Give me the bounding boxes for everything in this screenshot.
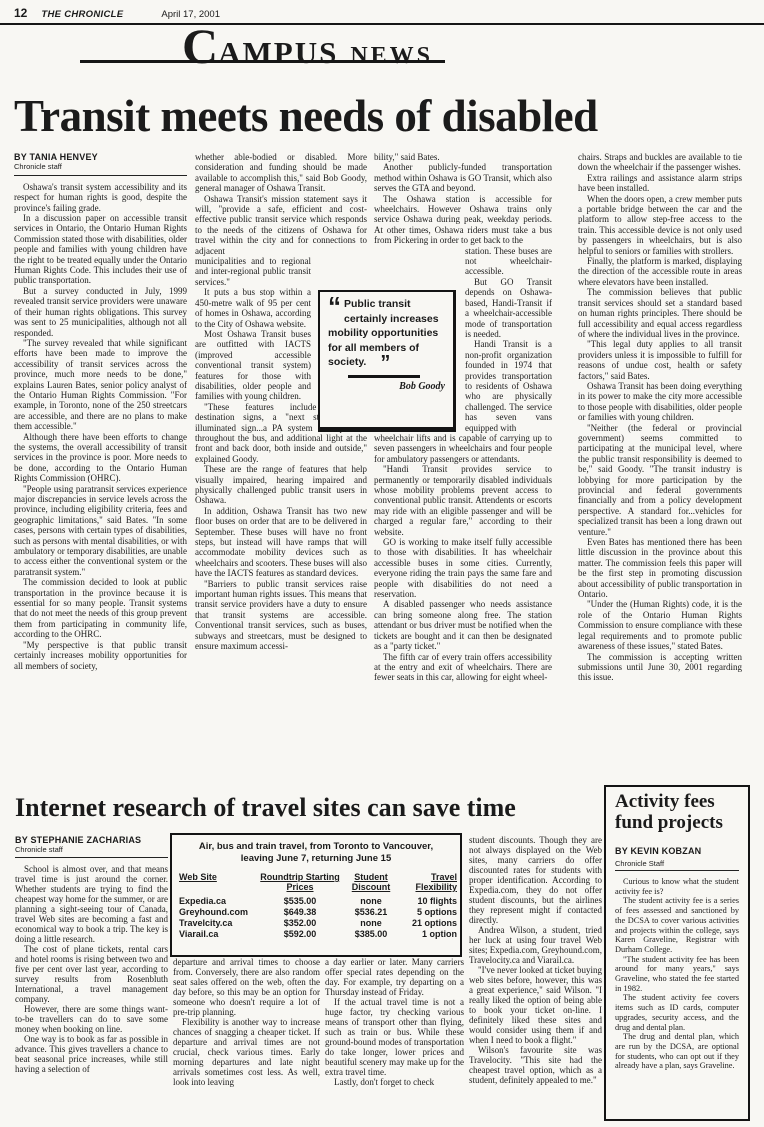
article-travel-column-4: student discounts. Though they are not a… <box>469 835 602 1087</box>
paragraph: If the actual travel time is not a huge … <box>325 997 464 1077</box>
section-banner: CAMPUSNEWS <box>182 26 433 71</box>
paragraph: GO is working to make itself fully acces… <box>374 537 552 599</box>
paragraph: The commission decided to look at public… <box>14 577 187 639</box>
close-quote-icon: ” <box>380 352 390 374</box>
byline-block: BY STEPHANIE ZACHARIAS Chronicle staff <box>15 835 168 858</box>
paragraph: Finally, the platform is marked, display… <box>578 256 742 287</box>
paragraph: "People using paratransit services exper… <box>14 484 187 578</box>
table-cell-flexibility: 10 flights <box>401 896 457 906</box>
column-text-narrow: municipalities and to regional and inter… <box>195 256 311 402</box>
paragraph: chairs. Straps and buckles are available… <box>578 152 742 173</box>
paragraph: student discounts. Though they are not a… <box>469 835 602 925</box>
table-cell-price: $352.00 <box>259 918 341 928</box>
paragraph: Oshawa Transit has been doing everything… <box>578 381 742 423</box>
travel-comparison-table: Air, bus and train travel, from Toronto … <box>170 833 462 957</box>
paragraph: Flexibility is another way to increase c… <box>173 1017 320 1087</box>
paragraph: The drug and dental plan, which are run … <box>615 1032 739 1071</box>
section-banner-word2: NEWS <box>350 43 433 69</box>
byline-organization: Chronicle Staff <box>615 859 739 871</box>
table-cell-flexibility: 1 option <box>401 929 457 939</box>
byline-organization: Chronicle staff <box>15 845 168 858</box>
table-title: Air, bus and train travel, from Toronto … <box>185 841 447 865</box>
column-text: whether able-bodied or disabled. More co… <box>195 152 367 256</box>
paragraph: wheelchair lifts and is capable of carry… <box>374 433 552 464</box>
dateline: 12 THE CHRONICLE April 17, 2001 <box>14 6 750 20</box>
paragraph: The student activity fee is a series of … <box>615 896 739 954</box>
paragraph: "I've never looked at ticket buying web … <box>469 965 602 1045</box>
paragraph: The Oshawa station is accessible for whe… <box>374 194 552 246</box>
article-transit-column-4: chairs. Straps and buckles are available… <box>578 152 742 683</box>
table-cell-site: Viarail.ca <box>179 929 259 939</box>
paragraph: The commission is accepting written subm… <box>578 652 742 683</box>
paragraph: departure and arrival times to choose fr… <box>173 957 320 1017</box>
paragraph: These are the range of features that hel… <box>195 464 367 506</box>
paragraph: Oshawa Transit's mission statement says … <box>195 194 367 256</box>
column-text: bility," said Bates.Another publicly-fun… <box>374 152 552 246</box>
column-text: School is almost over, and that means tr… <box>15 864 168 1074</box>
pull-quote-box: “Public transit certainly increases mobi… <box>318 290 456 432</box>
byline-author: BY STEPHANIE ZACHARIAS <box>15 835 141 845</box>
byline-author: BY TANIA HENVEY <box>14 152 98 162</box>
paragraph: bility," said Bates. <box>374 152 552 162</box>
page-number: 12 <box>14 6 27 20</box>
byline-block: BY TANIA HENVEY Chronicle staff <box>14 152 187 176</box>
column-text: "These features include oversized destin… <box>195 402 367 652</box>
table-header-website: Web Site <box>179 872 259 892</box>
paragraph: Handi Transit is a non-profit organizati… <box>465 339 552 433</box>
table-cell-site: Travelcity.ca <box>179 918 259 928</box>
paragraph: The commission believes that public tran… <box>578 287 742 339</box>
table-header-discount: Student Discount <box>341 872 401 892</box>
pull-quote-attribution: Bob Goody <box>328 381 445 392</box>
pull-quote-text: “Public transit certainly increases mobi… <box>328 297 445 370</box>
section-banner-word: AMPUS <box>218 35 338 70</box>
article-transit: Transit meets needs of disabled BY TANIA… <box>14 90 750 683</box>
table-cell-discount: none <box>341 918 401 928</box>
table-cell-discount: $385.00 <box>341 929 401 939</box>
sidebar-headline: Activity fees fund projects <box>615 791 739 833</box>
paragraph: However, there are some things want-to-b… <box>15 1004 168 1034</box>
paragraph: The student activity fee covers items su… <box>615 993 739 1032</box>
paragraph: "Barriers to public transit services rai… <box>195 579 367 652</box>
table-cell-discount: $536.21 <box>341 907 401 917</box>
paragraph: "Under the (Human Rights) code, it is th… <box>578 599 742 651</box>
paragraph: It puts a bus stop within a 450-metre wa… <box>195 287 311 329</box>
column-text: Oshawa's transit system accessibility an… <box>14 182 187 671</box>
paragraph: "Handi Transit provides service to perma… <box>374 464 552 537</box>
paragraph: Wilson's favourite site was Travelocity.… <box>469 1045 602 1085</box>
table-header-price: Roundtrip Starting Prices <box>259 872 341 892</box>
table-header-flexibility: Travel Flexibility <box>401 872 457 892</box>
byline-block: BY KEVIN KOBZAN Chronicle Staff <box>615 841 739 871</box>
pull-quote-rule <box>348 375 420 378</box>
section-banner-initial: C <box>182 18 218 74</box>
column-text: chairs. Straps and buckles are available… <box>578 152 742 683</box>
paragraph: municipalities and to regional and inter… <box>195 256 311 287</box>
table-cell-flexibility: 5 options <box>401 907 457 917</box>
sidebar-activity-fees: Activity fees fund projects BY KEVIN KOB… <box>604 785 750 1121</box>
paragraph: Lastly, don't forget to check <box>325 1077 464 1087</box>
paragraph: Most Oshawa Transit buses are outfitted … <box>195 329 311 402</box>
article-travel: Internet research of travel sites can sa… <box>12 793 752 1127</box>
paragraph: The fifth car of every train offers acce… <box>374 652 552 683</box>
article-transit-column-1: BY TANIA HENVEY Chronicle staff Oshawa's… <box>14 152 187 683</box>
paragraph: Another publicly-funded transportation m… <box>374 162 552 193</box>
table-cell-price: $592.00 <box>259 929 341 939</box>
paragraph: Although there have been efforts to chan… <box>14 432 187 484</box>
paragraph: One way is to book as far as possible in… <box>15 1034 168 1074</box>
paragraph: But GO Transit depends on Oshawa-based, … <box>465 277 552 339</box>
article-transit-headline: Transit meets needs of disabled <box>14 90 750 142</box>
paragraph: Even Bates has mentioned there has been … <box>578 537 742 599</box>
byline-author: BY KEVIN KOBZAN <box>615 846 701 856</box>
sidebar-text: Curious to know what the student activit… <box>615 877 739 1071</box>
table-cell-discount: none <box>341 896 401 906</box>
paragraph: The cost of plane tickets, rental cars a… <box>15 944 168 1004</box>
paragraph: A disabled passenger who needs assistanc… <box>374 599 552 651</box>
masthead-rule <box>0 23 764 25</box>
paragraph: In addition, Oshawa Transit has two new … <box>195 506 367 579</box>
paragraph: When the doors open, a crew member puts … <box>578 194 742 256</box>
byline-organization: Chronicle staff <box>14 162 187 175</box>
table-cell-price: $535.00 <box>259 896 341 906</box>
table-cell-flexibility: 21 options <box>401 918 457 928</box>
table-cell-site: Expedia.ca <box>179 896 259 906</box>
paragraph: Andrea Wilson, a student, tried her luck… <box>469 925 602 965</box>
table-cell-price: $649.38 <box>259 907 341 917</box>
column-text-beside-quote: station. These buses are not wheelchair-… <box>465 246 552 433</box>
paragraph: "My perspective is that public transit c… <box>14 640 187 671</box>
column-text: wheelchair lifts and is capable of carry… <box>374 433 552 683</box>
paragraph: Oshawa's transit system accessibility an… <box>14 182 187 213</box>
table-grid: Web Site Roundtrip Starting Prices Stude… <box>179 872 453 939</box>
paragraph: "The student activity fee has been aroun… <box>615 955 739 994</box>
paragraph: "This legal duty applies to all transit … <box>578 339 742 381</box>
paragraph: whether able-bodied or disabled. More co… <box>195 152 367 194</box>
paragraph: In a discussion paper on accessible tran… <box>14 213 187 286</box>
paragraph: station. These buses are not wheelchair-… <box>465 246 552 277</box>
paragraph: "Neither (the federal or provincial gove… <box>578 423 742 537</box>
paragraph: But a survey conducted in July, 1999 rev… <box>14 286 187 338</box>
article-travel-column-1: BY STEPHANIE ZACHARIAS Chronicle staff S… <box>15 835 168 1087</box>
paragraph: "The survey revealed that while signific… <box>14 338 187 432</box>
newspaper-page: 12 THE CHRONICLE April 17, 2001 CAMPUSNE… <box>0 0 764 1127</box>
section-banner-rule <box>80 60 445 63</box>
table-cell-site: Greyhound.com <box>179 907 259 917</box>
paragraph: Curious to know what the student activit… <box>615 877 739 896</box>
open-quote-icon: “ <box>328 297 341 315</box>
paragraph: Extra railings and assistance alarm stri… <box>578 173 742 194</box>
publication-name: THE CHRONICLE <box>41 9 123 20</box>
paragraph: School is almost over, and that means tr… <box>15 864 168 944</box>
paragraph: a day earlier or later. Many carriers of… <box>325 957 464 997</box>
